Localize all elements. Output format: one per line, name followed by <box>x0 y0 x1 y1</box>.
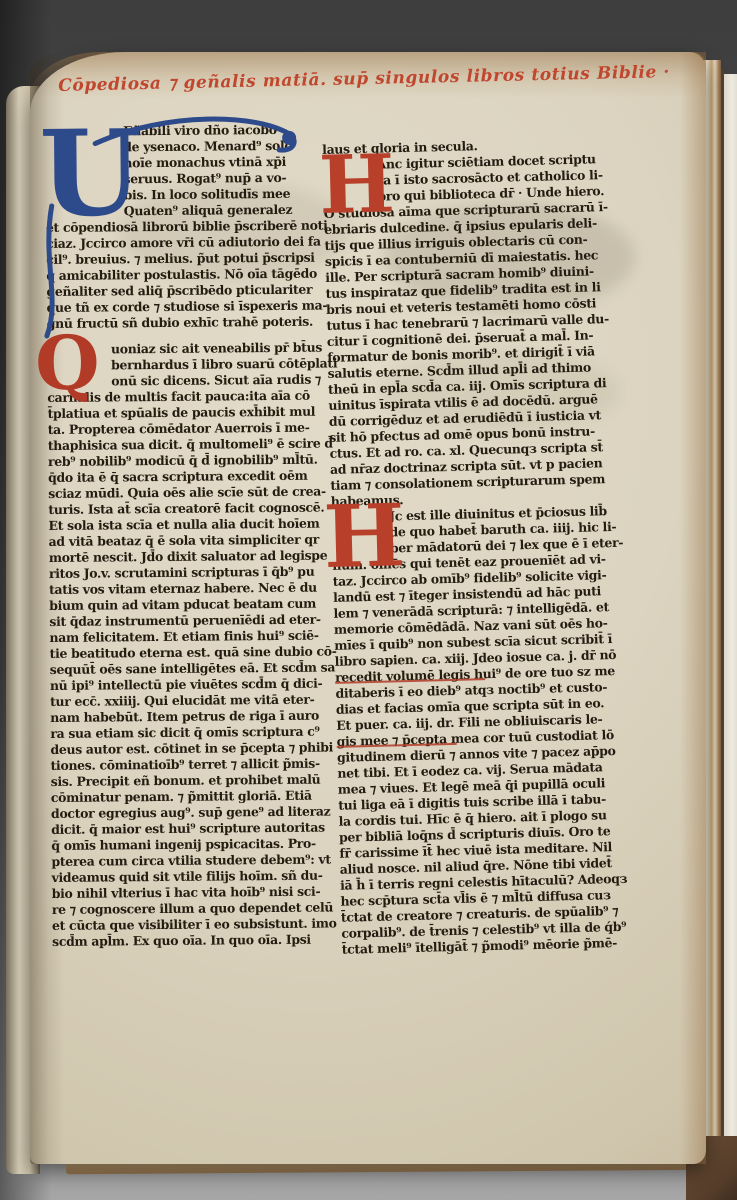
illuminated-initial-U: U <box>39 127 142 220</box>
right-paragraph-2: H Jc est ille diuinitus et p̄ciosus lib̄… <box>331 502 648 957</box>
page-right-browning <box>680 52 706 1164</box>
text-line: scd̄m apl̄m. Ex quo oīa. In quo oīa. Ips… <box>52 931 348 950</box>
photo-of-manuscript-opening: Cōpediosa ⁊ geñalis matiā. sup̄ singulos… <box>0 0 737 1200</box>
rubricated-initial-Q: Q <box>35 336 100 394</box>
left-paragraph-2: Q uoniaz sic ait veneabilis pr̄ bt̄usber… <box>47 339 348 950</box>
left-text-column: U Eñabili viro dño iacobode ysenaco. Men… <box>45 121 348 950</box>
left-paragraph-2-lines: uoniaz sic ait veneabilis pr̄ bt̄usbernh… <box>47 339 348 950</box>
left-paragraph-1: U Eñabili viro dño iacobode ysenaco. Men… <box>45 121 343 332</box>
rubricated-initial-H-2: H <box>323 502 406 571</box>
right-text-column: laus et gloria in secula. H Anc igitur s… <box>322 135 648 958</box>
rubricated-initial-H-1: H <box>318 152 395 216</box>
manuscript-page: Cōpediosa ⁊ geñalis matiā. sup̄ singulos… <box>30 52 706 1164</box>
outer-page-edge-strip <box>724 74 737 1166</box>
right-paragraph-1: H Anc igitur sciētiam docet scriptura ī … <box>322 151 637 510</box>
